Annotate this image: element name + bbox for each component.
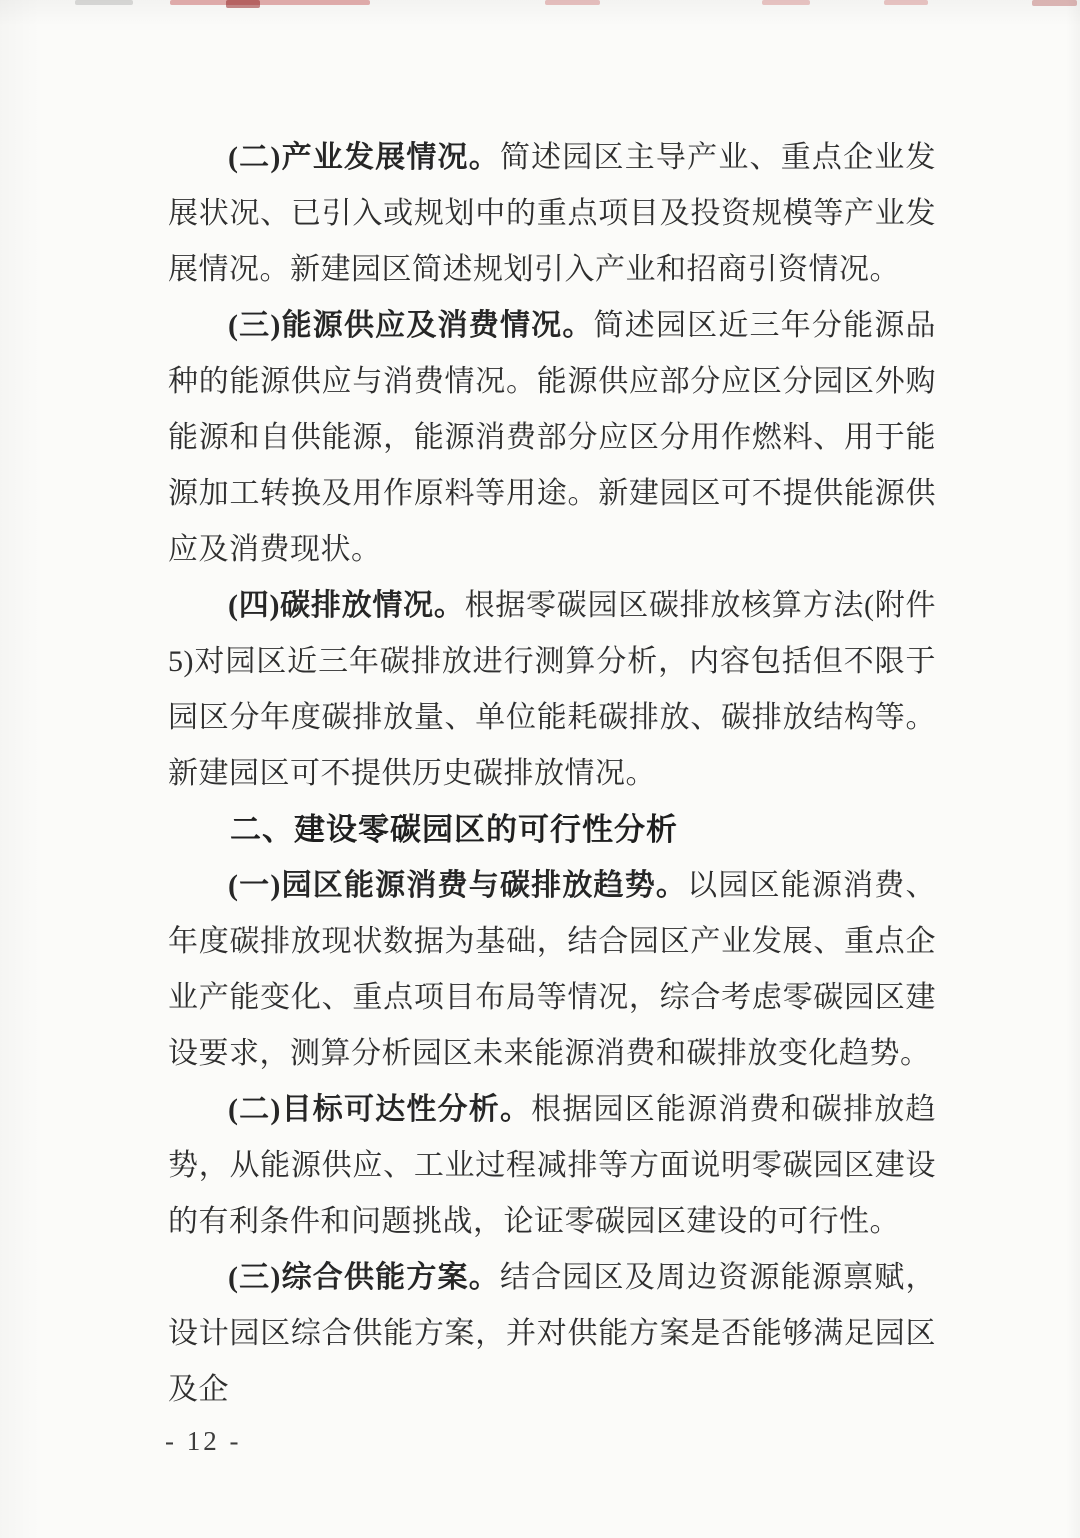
paragraph-energy-carbon-trends: (一)园区能源消费与碳排放趋势。以园区能源消费、年度碳排放现状数据为基础，结合园… (168, 858, 936, 1082)
paragraph-text: 简述园区近三年分能源品种的能源供应与消费情况。能源供应部分应区分园区外购能源和自… (168, 309, 936, 566)
scan-artifact-red (545, 0, 600, 5)
paragraph-industry-development: (二)产业发展情况。简述园区主导产业、重点企业发展状况、已引入或规划中的重点项目… (168, 130, 936, 298)
paragraph-energy-supply-consumption: (三)能源供应及消费情况。简述园区近三年分能源品种的能源供应与消费情况。能源供应… (168, 298, 936, 578)
section-heading-feasibility-analysis: 二、建设零碳园区的可行性分析 (168, 802, 936, 858)
paragraph-lead: (四)碳排放情况。 (228, 589, 465, 622)
document-body: (二)产业发展情况。简述园区主导产业、重点企业发展状况、已引入或规划中的重点项目… (168, 130, 936, 1418)
scan-artifact-red (226, 0, 260, 8)
paragraph-lead: (二)产业发展情况。 (228, 141, 500, 174)
paragraph-carbon-emissions: (四)碳排放情况。根据零碳园区碳排放核算方法(附件 5)对园区近三年碳排放进行测… (168, 578, 936, 802)
paragraph-lead: (二)目标可达性分析。 (228, 1093, 531, 1126)
document-page: (二)产业发展情况。简述园区主导产业、重点企业发展状况、已引入或规划中的重点项目… (0, 0, 1080, 1538)
scan-artifact-red (1032, 0, 1077, 6)
page-number: - 12 - (165, 1426, 241, 1456)
scan-artifact-red (884, 0, 928, 5)
page-footer: - 12 - (165, 1426, 241, 1457)
scan-artifact-red (170, 0, 370, 5)
scan-artifact-red (762, 0, 810, 5)
paragraph-integrated-energy-plan: (三)综合供能方案。结合园区及周边资源能源禀赋，设计园区综合供能方案，并对供能方… (168, 1250, 936, 1418)
paragraph-target-reachability: (二)目标可达性分析。根据园区能源消费和碳排放趋势，从能源供应、工业过程减排等方… (168, 1082, 936, 1250)
paragraph-lead: (三)综合供能方案。 (228, 1261, 500, 1294)
scan-artifact-gray (75, 0, 133, 5)
paragraph-lead: (三)能源供应及消费情况。 (228, 309, 594, 342)
paragraph-lead: (一)园区能源消费与碳排放趋势。 (228, 869, 687, 902)
